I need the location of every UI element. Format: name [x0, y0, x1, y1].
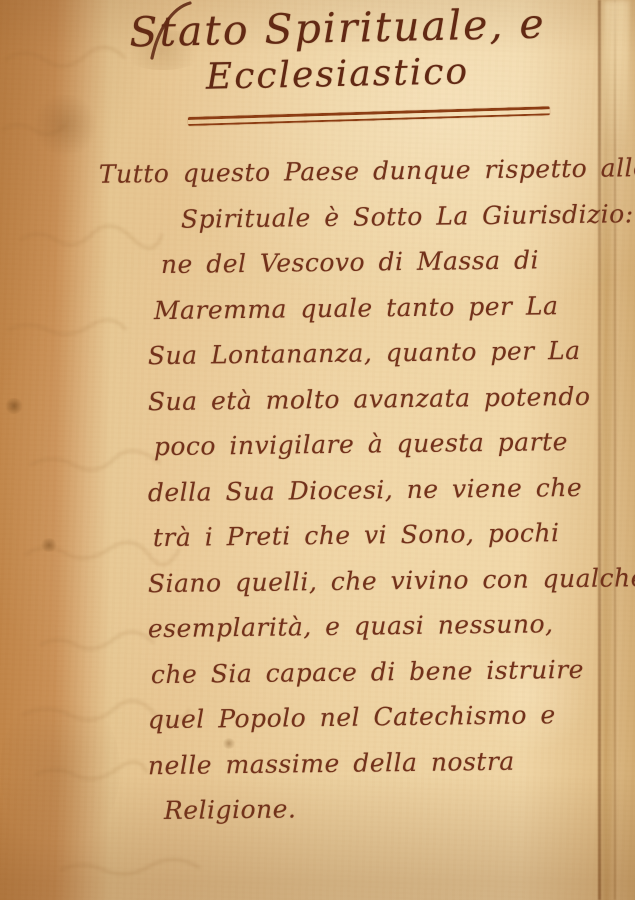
- manuscript-line: poco invigilare à questa parte: [0, 426, 635, 479]
- manuscript-line: trà i Preti che vi Sono, pochi: [0, 517, 635, 570]
- manuscript-line: nelle massime della nostra: [0, 745, 635, 798]
- paper-stain: [30, 95, 100, 155]
- double-underline-rule: [188, 106, 550, 126]
- chapter-title-line-1: Stato Spirituale, e: [90, 0, 586, 57]
- manuscript-line: Sua età molto avanzata potendo: [0, 381, 635, 434]
- chapter-title-line-2: Ecclesiastico: [90, 49, 586, 100]
- manuscript-body: Tutto questo Paese dunque rispetto allo …: [0, 161, 635, 844]
- manuscript-page-photo: Stato Spirituale, e Ecclesiastico Tutto …: [0, 0, 635, 900]
- manuscript-line: che Sia capace di bene istruire: [0, 654, 635, 707]
- chapter-heading: Stato Spirituale, e Ecclesiastico: [90, 4, 585, 95]
- page-edge-crease: [598, 0, 601, 900]
- manuscript-line: Maremma quale tanto per La: [0, 290, 635, 343]
- manuscript-line: della Sua Diocesi, ne viene che: [0, 472, 635, 525]
- manuscript-line: Religione.: [0, 790, 635, 843]
- manuscript-line: Spirituale è Sotto La Giurisdizio:: [0, 199, 635, 252]
- manuscript-line: Siano quelli, che vivino con qualche: [0, 563, 635, 616]
- page-corner-highlight: [603, 0, 629, 150]
- manuscript-line: Sua Lontananza, quanto per La: [0, 335, 635, 388]
- manuscript-line: ne del Vescovo di Massa di: [0, 244, 635, 297]
- manuscript-line: quel Popolo nel Catechismo e: [0, 699, 635, 752]
- manuscript-line: Tutto questo Paese dunque rispetto allo: [0, 153, 635, 206]
- manuscript-line: esemplarità, e quasi nessuno,: [0, 608, 635, 661]
